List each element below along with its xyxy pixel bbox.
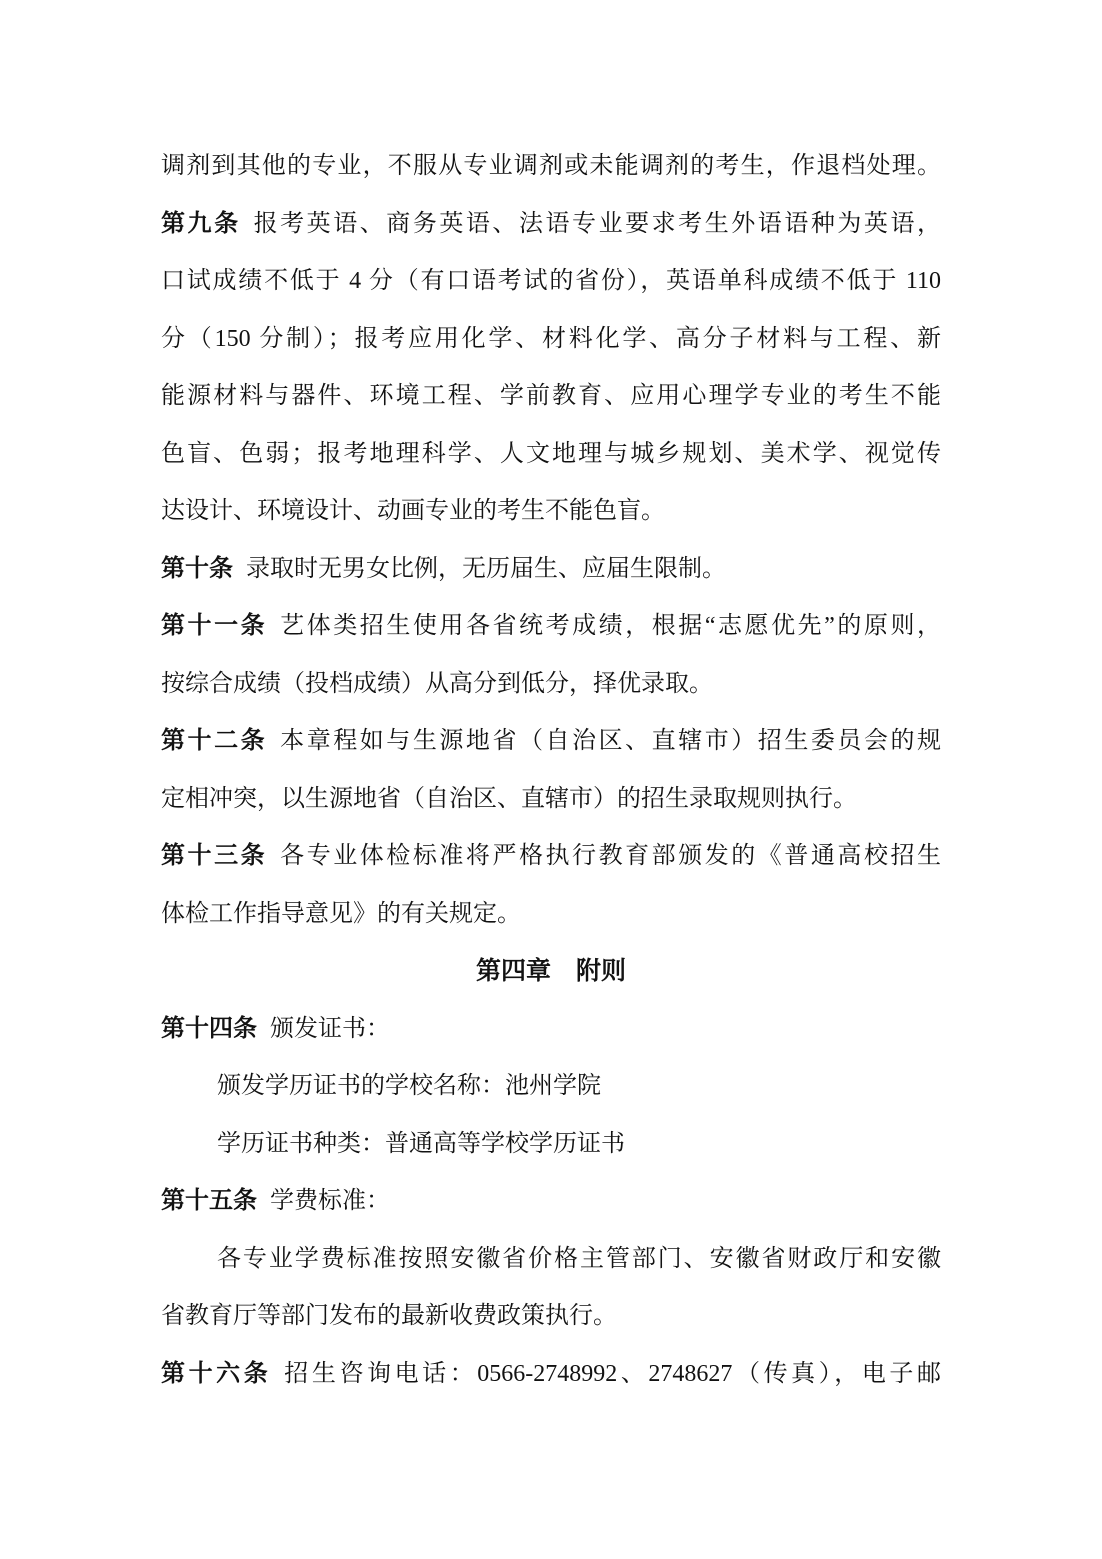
- line-text: 调剂到其他的专业，不服从专业调剂或未能调剂的考生，作退档处理。: [161, 153, 941, 179]
- line-text: 颁发证书：: [270, 1016, 390, 1042]
- line-text: 报考英语、商务英语、法语专业要求考生外语语种为英语，: [254, 211, 941, 237]
- paragraph-line: 定相冲突，以生源地省（自治区、直辖市）的招生录取规则执行。: [161, 771, 941, 829]
- article-lead: 第十二条: [161, 728, 267, 754]
- paragraph-line: 第十三条各专业体检标准将严格执行教育部颁发的《普通高校招生: [161, 828, 941, 886]
- paragraph-line: 第十六条招生咨询电话：0566-2748992、2748627（传真），电子邮: [161, 1346, 941, 1404]
- line-text: 色盲、色弱；报考地理科学、人文地理与城乡规划、美术学、视觉传: [161, 441, 941, 467]
- line-text: 招生咨询电话：0566-2748992、2748627（传真），电子邮: [284, 1361, 941, 1387]
- paragraph-line: 体检工作指导意见》的有关规定。: [161, 886, 941, 944]
- article-lead: 第十三条: [161, 843, 267, 869]
- line-text: 口试成绩不低于 4 分（有口语考试的省份），英语单科成绩不低于 110: [161, 268, 941, 294]
- paragraph-line: 省教育厅等部门发布的最新收费政策执行。: [161, 1288, 941, 1346]
- paragraph-line: 第九条报考英语、商务英语、法语专业要求考生外语语种为英语，: [161, 196, 941, 254]
- line-text: 录取时无男女比例，无历届生、应届生限制。: [246, 556, 726, 582]
- article-lead: 第十四条: [161, 1016, 257, 1042]
- paragraph-line: 调剂到其他的专业，不服从专业调剂或未能调剂的考生，作退档处理。: [161, 138, 941, 196]
- line-text: 省教育厅等部门发布的最新收费政策执行。: [161, 1303, 617, 1329]
- line-text: 颁发学历证书的学校名称：池州学院: [217, 1073, 601, 1099]
- line-text: 各专业体检标准将严格执行教育部颁发的《普通高校招生: [280, 843, 941, 869]
- paragraph-line: 颁发学历证书的学校名称：池州学院: [161, 1058, 941, 1116]
- paragraph-line: 能源材料与器件、环境工程、学前教育、应用心理学专业的考生不能: [161, 368, 941, 426]
- paragraph-line: 第十五条学费标准：: [161, 1173, 941, 1231]
- article-lead: 第十六条: [161, 1361, 271, 1387]
- paragraph-line: 第十二条本章程如与生源地省（自治区、直辖市）招生委员会的规: [161, 713, 941, 771]
- line-text: 达设计、环境设计、动画专业的考生不能色盲。: [161, 498, 665, 524]
- paragraph-line: 分（150 分制）；报考应用化学、材料化学、高分子材料与工程、新: [161, 311, 941, 369]
- paragraph-line: 第十条录取时无男女比例，无历届生、应届生限制。: [161, 541, 941, 599]
- line-text: 学历证书种类：普通高等学校学历证书: [217, 1131, 625, 1157]
- document-page: 调剂到其他的专业，不服从专业调剂或未能调剂的考生，作退档处理。 第九条报考英语、…: [0, 0, 1102, 1559]
- line-text: 定相冲突，以生源地省（自治区、直辖市）的招生录取规则执行。: [161, 786, 857, 812]
- chapter-heading: 第四章 附则: [161, 943, 941, 1001]
- line-text: 体检工作指导意见》的有关规定。: [161, 901, 521, 927]
- paragraph-line: 色盲、色弱；报考地理科学、人文地理与城乡规划、美术学、视觉传: [161, 426, 941, 484]
- line-text: 按综合成绩（投档成绩）从高分到低分，择优录取。: [161, 671, 713, 697]
- line-text: 各专业学费标准按照安徽省价格主管部门、安徽省财政厅和安徽: [217, 1246, 941, 1272]
- article-lead: 第十条: [161, 556, 233, 582]
- paragraph-line: 第十一条艺体类招生使用各省统考成绩，根据“志愿优先”的原则，: [161, 598, 941, 656]
- paragraph-line: 口试成绩不低于 4 分（有口语考试的省份），英语单科成绩不低于 110: [161, 253, 941, 311]
- article-lead: 第十五条: [161, 1188, 257, 1214]
- line-text: 本章程如与生源地省（自治区、直辖市）招生委员会的规: [280, 728, 941, 754]
- article-lead: 第九条: [161, 211, 241, 237]
- paragraph-line: 达设计、环境设计、动画专业的考生不能色盲。: [161, 483, 941, 541]
- line-text: 能源材料与器件、环境工程、学前教育、应用心理学专业的考生不能: [161, 383, 941, 409]
- line-text: 艺体类招生使用各省统考成绩，根据“志愿优先”的原则，: [280, 613, 941, 639]
- paragraph-line: 各专业学费标准按照安徽省价格主管部门、安徽省财政厅和安徽: [161, 1231, 941, 1289]
- article-lead: 第十一条: [161, 613, 267, 639]
- paragraph-line: 按综合成绩（投档成绩）从高分到低分，择优录取。: [161, 656, 941, 714]
- paragraph-line: 第十四条颁发证书：: [161, 1001, 941, 1059]
- document-body: 调剂到其他的专业，不服从专业调剂或未能调剂的考生，作退档处理。 第九条报考英语、…: [161, 138, 941, 1403]
- line-text: 学费标准：: [270, 1188, 390, 1214]
- line-text: 分（150 分制）；报考应用化学、材料化学、高分子材料与工程、新: [161, 326, 941, 352]
- chapter-heading-text: 第四章 附则: [476, 958, 626, 985]
- paragraph-line: 学历证书种类：普通高等学校学历证书: [161, 1116, 941, 1174]
